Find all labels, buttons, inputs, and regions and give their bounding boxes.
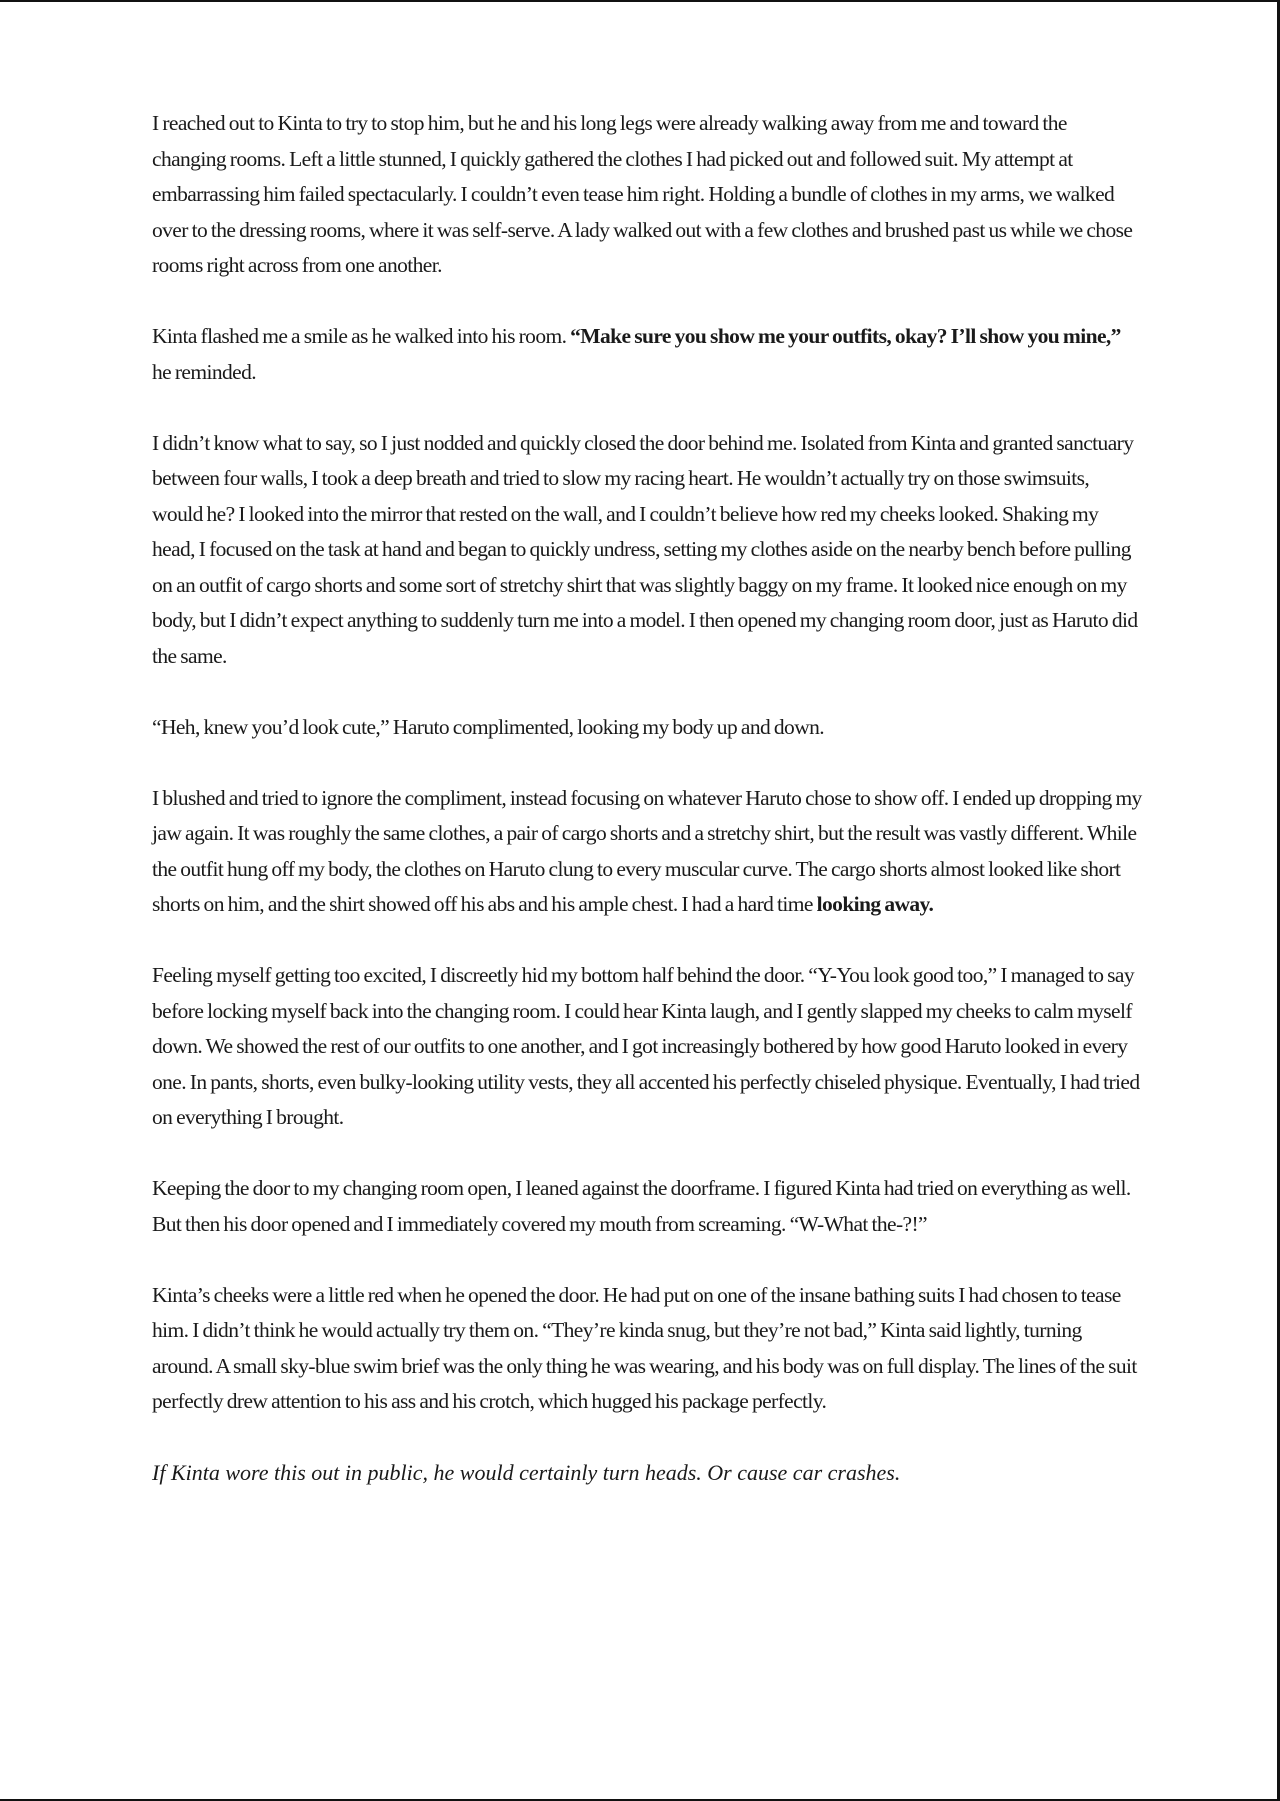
paragraph-7: Keeping the door to my changing room ope… [152, 1171, 1142, 1242]
paragraph-4: “Heh, knew you’d look cute,” Haruto comp… [152, 710, 1142, 746]
paragraph-text: he reminded. [152, 360, 256, 384]
paragraph-text: I blushed and tried to ignore the compli… [152, 786, 1142, 917]
paragraph-text: I reached out to Kinta to try to stop hi… [152, 111, 1132, 277]
paragraph-3: I didn’t know what to say, so I just nod… [152, 426, 1142, 675]
paragraph-5: I blushed and tried to ignore the compli… [152, 781, 1142, 923]
paragraph-text-italic: If Kinta wore this out in public, he wou… [152, 1460, 900, 1485]
paragraph-text: I didn’t know what to say, so I just nod… [152, 431, 1138, 668]
paragraph-text: Kinta flashed me a smile as he walked in… [152, 324, 570, 348]
paragraph-text: Keeping the door to my changing room ope… [152, 1176, 1131, 1236]
paragraph-6: Feeling myself getting too excited, I di… [152, 958, 1142, 1136]
emphasis-bold: looking away. [817, 892, 934, 916]
paragraph-1: I reached out to Kinta to try to stop hi… [152, 106, 1142, 284]
paragraph-text: Kinta’s cheeks were a little red when he… [152, 1283, 1137, 1414]
paragraph-2: Kinta flashed me a smile as he walked in… [152, 319, 1142, 390]
paragraph-9-inner-thought: If Kinta wore this out in public, he wou… [152, 1455, 1142, 1491]
document-body: I reached out to Kinta to try to stop hi… [152, 106, 1142, 1526]
paragraph-text: Feeling myself getting too excited, I di… [152, 963, 1139, 1129]
paragraph-8: Kinta’s cheeks were a little red when he… [152, 1278, 1142, 1420]
dialogue-bold: “Make sure you show me your outfits, oka… [570, 324, 1121, 348]
paragraph-text: “Heh, knew you’d look cute,” Haruto comp… [152, 715, 824, 739]
document-page: I reached out to Kinta to try to stop hi… [0, 0, 1280, 1801]
